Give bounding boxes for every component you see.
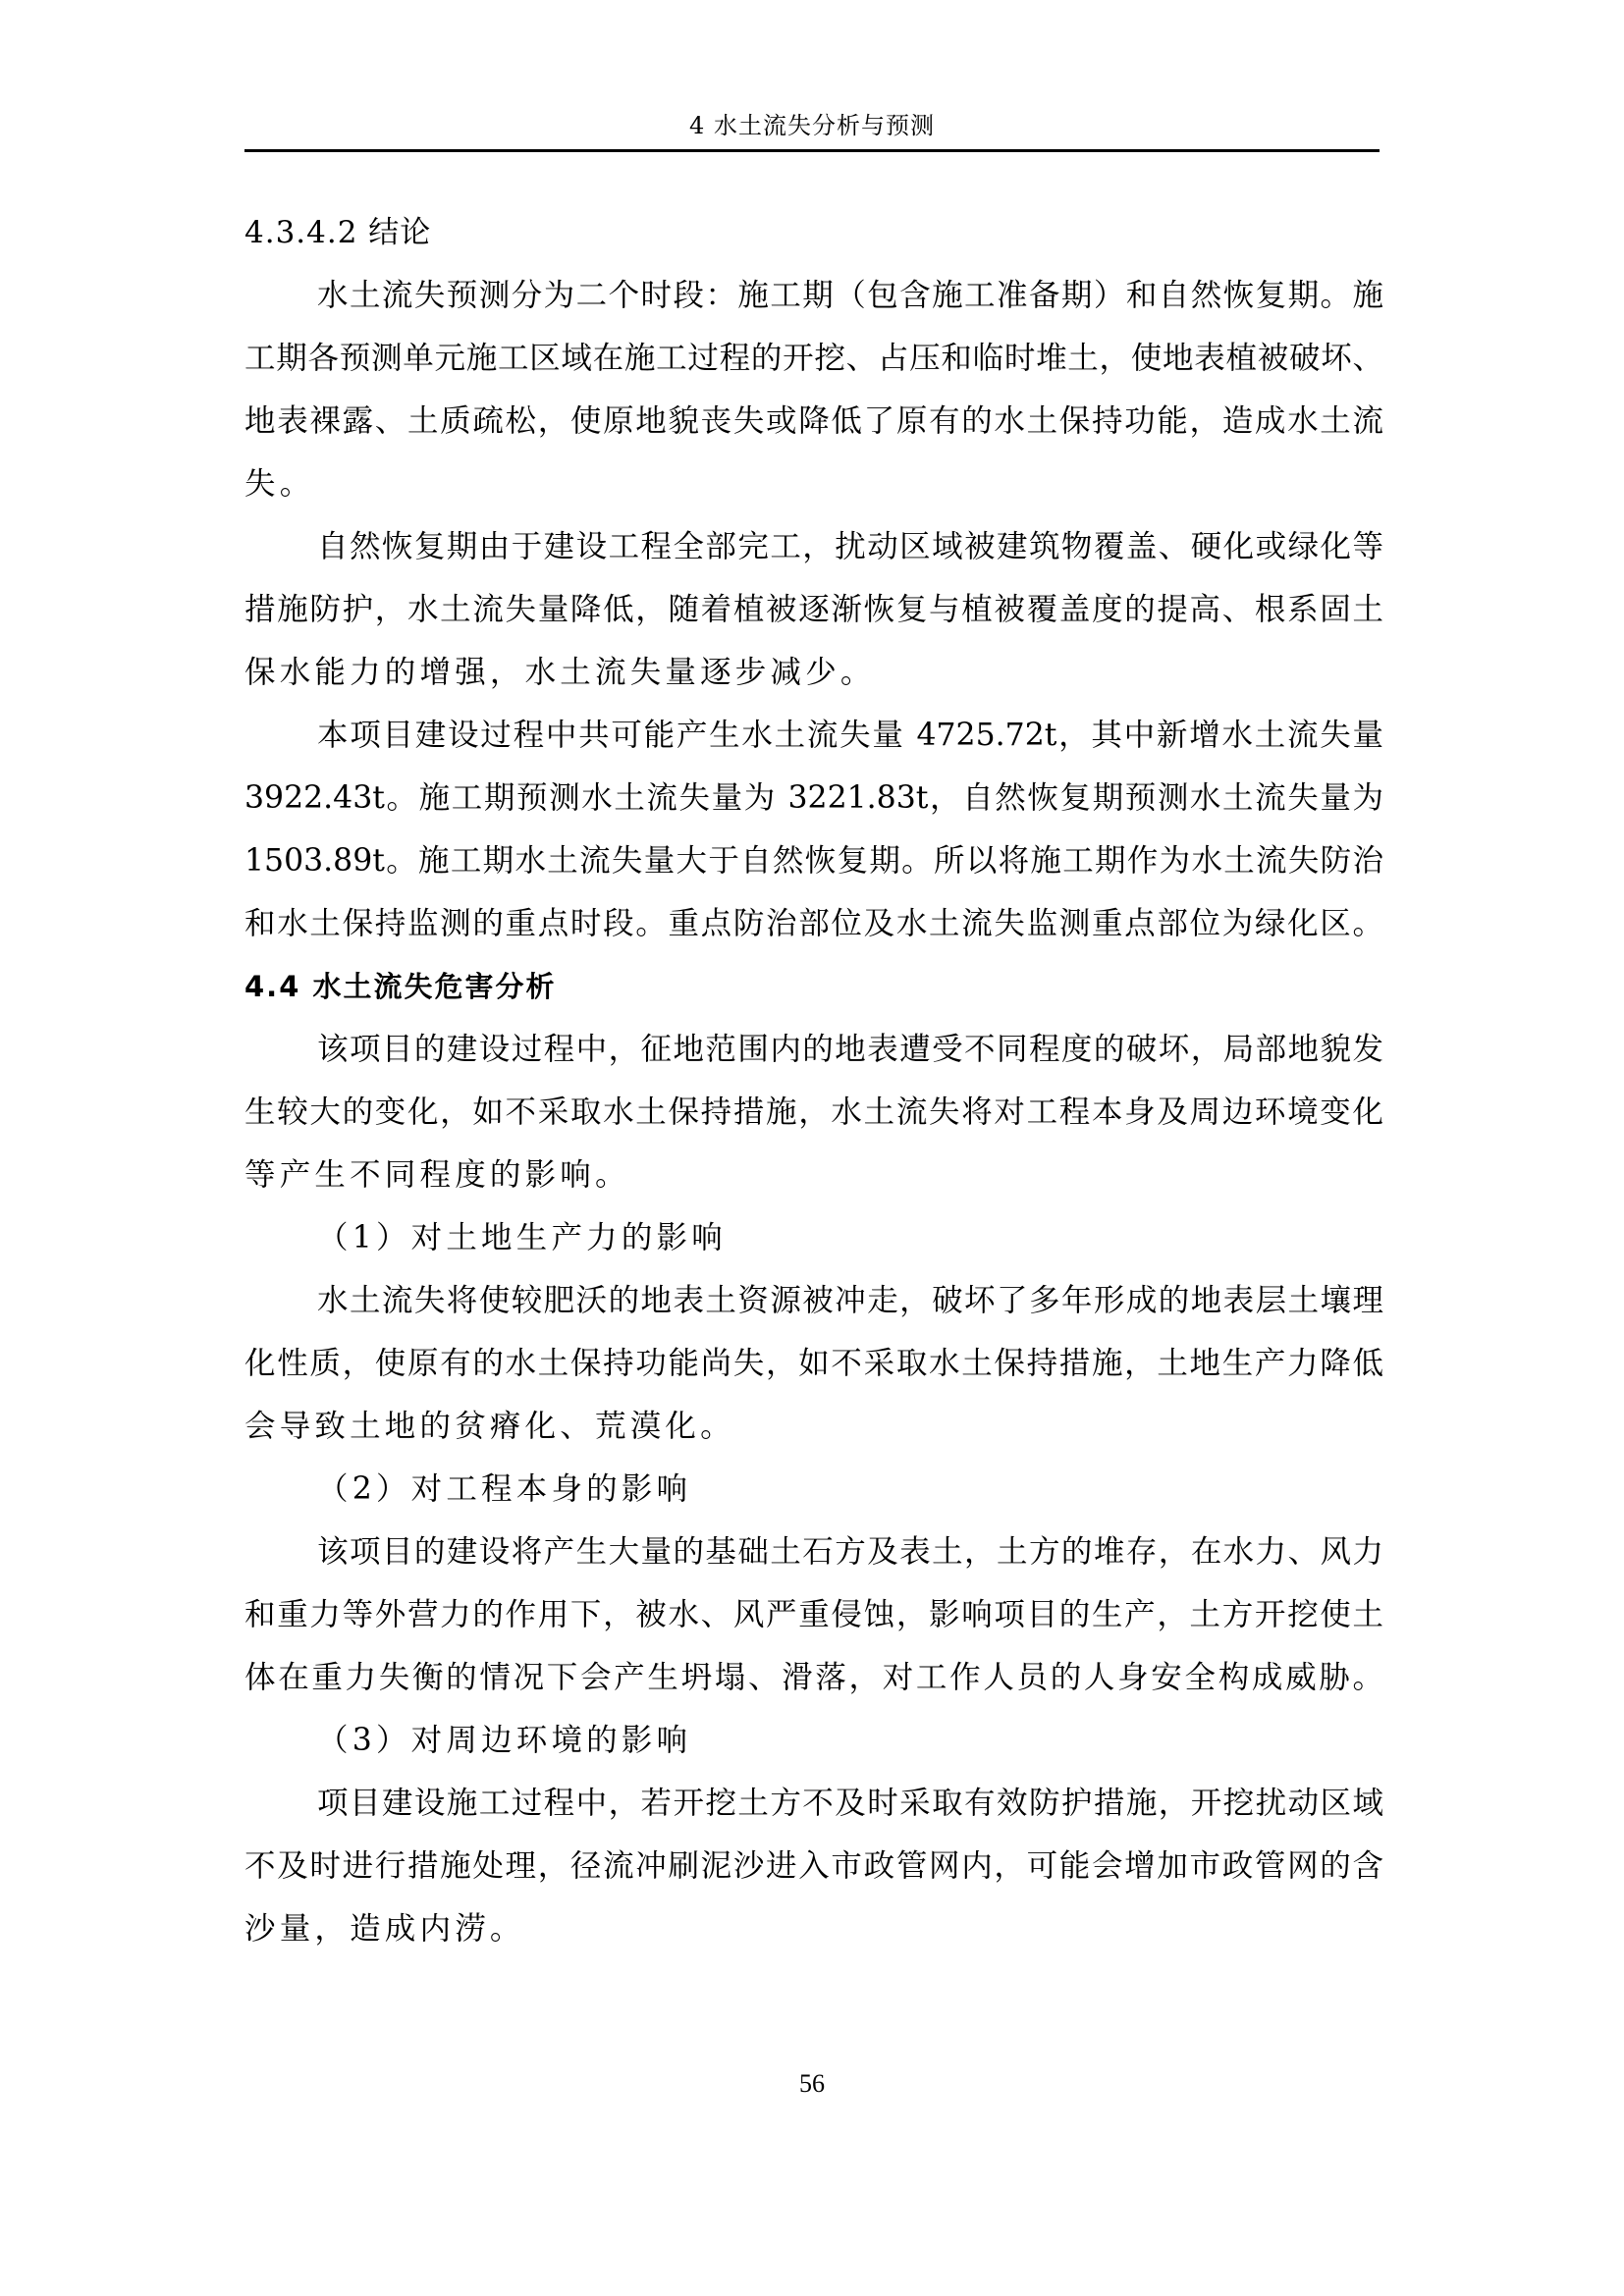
paragraph-project-itself: 该项目的建设将产生大量的基础土石方及表土，土方的堆存，在水力、风力 和重力等外营… (244, 1521, 1383, 1709)
text-line: 沙量，造成内涝。 (244, 1897, 1383, 1960)
paragraph-land-productivity: 水土流失将使较肥沃的地表土资源被冲走，破坏了多年形成的地表层土壤理 化性质，使原… (244, 1269, 1383, 1458)
text-line: 该项目的建设过程中，征地范围内的地表遭受不同程度的破坏，局部地貌发 (244, 1018, 1383, 1081)
text-line: 水土流失将使较肥沃的地表土资源被冲走，破坏了多年形成的地表层土壤理 (244, 1269, 1383, 1332)
section-heading-4-4: 4.4 水土流失危害分析 (244, 955, 1383, 1018)
text-line: 3922.43t。施工期预测水土流失量为 3221.83t，自然恢复期预测水土流… (244, 767, 1383, 829)
text-line: 会导致土地的贫瘠化、荒漠化。 (244, 1395, 1383, 1458)
text-line: 自然恢复期由于建设工程全部完工，扰动区域被建筑物覆盖、硬化或绿化等 (244, 515, 1383, 578)
text-line: 本项目建设过程中共可能产生水土流失量 4725.72t，其中新增水土流失量 (244, 704, 1383, 767)
header-divider (244, 149, 1380, 152)
text-line: 措施防护，水土流失量降低，随着植被逐渐恢复与植被覆盖度的提高、根系固土 (244, 578, 1383, 641)
text-line: 1503.89t。施工期水土流失量大于自然恢复期。所以将施工期作为水土流失防治 (244, 829, 1383, 892)
paragraph-conclusion-2: 自然恢复期由于建设工程全部完工，扰动区域被建筑物覆盖、硬化或绿化等 措施防护，水… (244, 515, 1383, 704)
text-line: 水土流失预测分为二个时段：施工期（包含施工准备期）和自然恢复期。施 (244, 264, 1383, 327)
running-header: 4 水土流失分析与预测 (244, 110, 1380, 141)
text-line: 生较大的变化，如不采取水土保持措施，水土流失将对工程本身及周边环境变化 (244, 1081, 1383, 1144)
page-number: 56 (0, 2069, 1624, 2099)
subheading-surrounding-environment: （3）对周边环境的影响 (244, 1709, 1383, 1772)
text-line: 保水能力的增强，水土流失量逐步减少。 (244, 641, 1383, 704)
text-line: 项目建设施工过程中，若开挖土方不及时采取有效防护措施，开挖扰动区域 (244, 1772, 1383, 1835)
page-body: 4.3.4.2 结论 水土流失预测分为二个时段：施工期（包含施工准备期）和自然恢… (244, 201, 1383, 1960)
subheading-land-productivity: （1）对土地生产力的影响 (244, 1206, 1383, 1269)
text-line: 地表裸露、土质疏松，使原地貌丧失或降低了原有的水土保持功能，造成水土流 (244, 390, 1383, 453)
text-line: 不及时进行措施处理，径流冲刷泥沙进入市政管网内，可能会增加市政管网的含 (244, 1835, 1383, 1897)
text-line: 失。 (244, 453, 1383, 515)
paragraph-conclusion-3: 本项目建设过程中共可能产生水土流失量 4725.72t，其中新增水土流失量 39… (244, 704, 1383, 955)
text-line: 该项目的建设将产生大量的基础土石方及表土，土方的堆存，在水力、风力 (244, 1521, 1383, 1583)
paragraph-conclusion-1: 水土流失预测分为二个时段：施工期（包含施工准备期）和自然恢复期。施 工期各预测单… (244, 264, 1383, 515)
subheading-project-itself: （2）对工程本身的影响 (244, 1458, 1383, 1521)
text-line: 化性质，使原有的水土保持功能尚失，如不采取水土保持措施，土地生产力降低 (244, 1332, 1383, 1395)
text-line: 和水土保持监测的重点时段。重点防治部位及水土流失监测重点部位为绿化区。 (244, 892, 1383, 955)
text-line: 工期各预测单元施工区域在施工过程的开挖、占压和临时堆土，使地表植被破坏、 (244, 327, 1383, 390)
paragraph-surrounding-environment: 项目建设施工过程中，若开挖土方不及时采取有效防护措施，开挖扰动区域 不及时进行措… (244, 1772, 1383, 1960)
text-line: 体在重力失衡的情况下会产生坍塌、滑落，对工作人员的人身安全构成威胁。 (244, 1646, 1383, 1709)
text-line: 等产生不同程度的影响。 (244, 1144, 1383, 1206)
text-line: 和重力等外营力的作用下，被水、风严重侵蚀，影响项目的生产，土方开挖使土 (244, 1583, 1383, 1646)
paragraph-hazard-intro: 该项目的建设过程中，征地范围内的地表遭受不同程度的破坏，局部地貌发 生较大的变化… (244, 1018, 1383, 1206)
section-heading-4-3-4-2: 4.3.4.2 结论 (244, 201, 1383, 264)
